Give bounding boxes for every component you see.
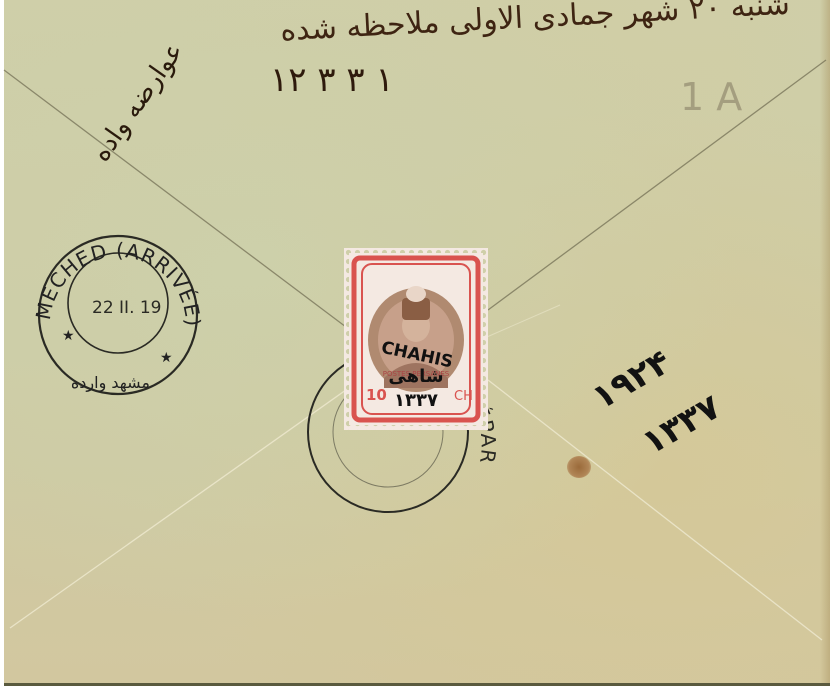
stamp-overprint-year: ۱۳۳۷ [394,390,438,411]
stamp-denomination: 10 [366,386,387,404]
postage-stamp: 10 CH POSTES PERSANES CHAHIS شاهی ۱۳۳۷ [344,248,488,430]
stamp-overprint-persian: شاهی [388,366,443,387]
envelope-photo: شنبه ۲۰ شهر جمادی الاولی ملاحظه شده ۱ ۳ … [0,0,831,688]
stamp-unit: CH [454,389,473,404]
